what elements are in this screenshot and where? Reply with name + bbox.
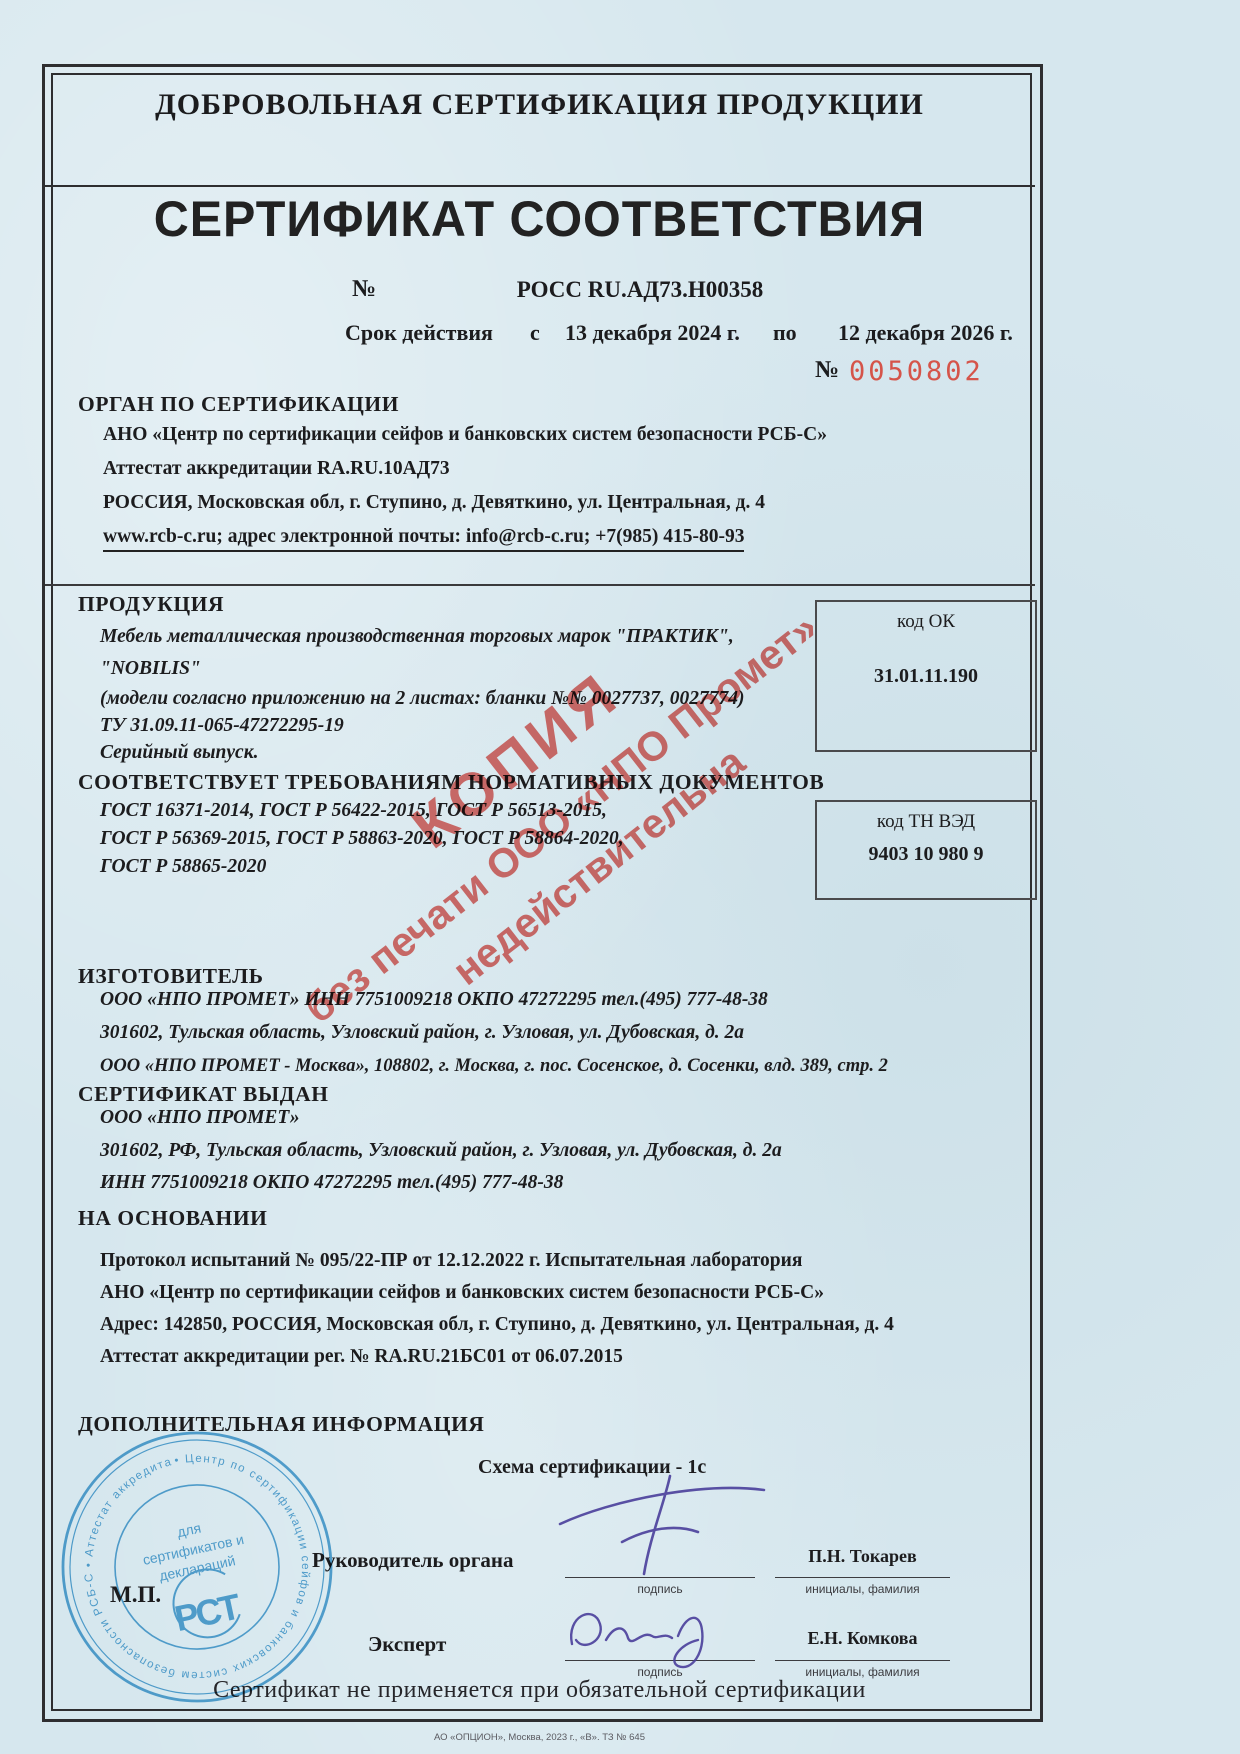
tnved-code-label: код ТН ВЭД xyxy=(817,802,1035,833)
gost-line: ГОСТ Р 56369-2015, ГОСТ Р 58863-2020, ГО… xyxy=(100,828,624,850)
org-section-separator xyxy=(45,584,1035,586)
page-title: СЕРТИФИКАТ СООТВЕТСТВИЯ xyxy=(57,190,1022,248)
head-role-label: Руководитель органа xyxy=(312,1548,514,1573)
org-line: АНО «Центр по сертификации сейфов и банк… xyxy=(103,424,827,446)
org-line: Аттестат аккредитации RA.RU.10АД73 xyxy=(103,458,450,480)
basis-line: Аттестат аккредитации рег. № RA.RU.21БС0… xyxy=(100,1346,623,1368)
cert-number-sign: № xyxy=(352,276,376,303)
certification-stamp: • Центр по сертификации сейфов и банковс… xyxy=(30,1400,364,1734)
expert-name: Е.Н. Комкова xyxy=(775,1628,950,1649)
expert-name-line xyxy=(775,1660,950,1661)
issued-to-line: 301602, РФ, Тульская область, Узловский … xyxy=(100,1140,782,1162)
validity-to-date: 12 декабря 2026 г. xyxy=(838,320,1013,346)
basis-line: АНО «Центр по сертификации сейфов и банк… xyxy=(100,1282,824,1304)
validity-to-label: по xyxy=(773,320,797,346)
product-heading: ПРОДУКЦИЯ xyxy=(78,592,224,617)
issued-to-line: ИНН 7751009218 ОКПО 47272295 тел.(495) 7… xyxy=(100,1172,563,1194)
org-line: РОССИЯ, Московская обл, г. Ступино, д. Д… xyxy=(103,492,765,514)
product-line: Серийный выпуск. xyxy=(100,742,258,764)
stamp-rst-emblem: РСТ xyxy=(171,1585,244,1639)
basis-line: Адрес: 142850, РОССИЯ, Московская обл, г… xyxy=(100,1314,894,1336)
issued-to-line: ООО «НПО ПРОМЕТ» xyxy=(100,1107,300,1129)
manufacturer-line: 301602, Тульская область, Узловский райо… xyxy=(100,1022,744,1044)
blank-number: 0050802 xyxy=(849,356,984,387)
stamp-inner-line1: для xyxy=(176,1520,203,1541)
blank-number-sign: № xyxy=(815,357,839,384)
validity-from-date: 13 декабря 2024 г. xyxy=(565,320,740,346)
org-heading: ОРГАН ПО СЕРТИФИКАЦИИ xyxy=(78,392,399,417)
cert-number: РОСС RU.АД73.Н00358 xyxy=(460,277,820,303)
header-separator xyxy=(45,185,1035,187)
org-contact-line: www.rcb-c.ru; адрес электронной почты: i… xyxy=(103,526,744,552)
print-info: АО «ОПЦИОН», Москва, 2023 г., «В». ТЗ № … xyxy=(42,1732,1037,1743)
basis-heading: НА ОСНОВАНИИ xyxy=(78,1206,267,1231)
issued-to-heading: СЕРТИФИКАТ ВЫДАН xyxy=(78,1082,329,1107)
head-name-line xyxy=(775,1577,950,1578)
ok-code-label: код ОК xyxy=(817,602,1035,633)
basis-line: Протокол испытаний № 095/22-ПР от 12.12.… xyxy=(100,1250,802,1272)
certificate-page: ДОБРОВОЛЬНАЯ СЕРТИФИКАЦИЯ ПРОДУКЦИИ СЕРТ… xyxy=(0,0,1240,1754)
product-line: Мебель металлическая производственная то… xyxy=(100,626,734,648)
compliance-heading: СООТВЕТСТВУЕТ ТРЕБОВАНИЯМ НОРМАТИВНЫХ ДО… xyxy=(78,770,824,795)
ok-code-value: 31.01.11.190 xyxy=(817,665,1035,688)
tnved-code-box: код ТН ВЭД 9403 10 980 9 xyxy=(815,800,1037,900)
manufacturer-line: ООО «НПО ПРОМЕТ» ИНН 7751009218 ОКПО 472… xyxy=(100,989,768,1011)
product-line: ТУ 31.09.11-065-47272295-19 xyxy=(100,715,344,737)
validity-label: Срок действия xyxy=(345,320,493,346)
mp-label: М.П. xyxy=(110,1582,161,1608)
head-name-caption: инициалы, фамилия xyxy=(775,1582,950,1596)
expert-signature xyxy=(560,1592,740,1674)
head-name: П.Н. Токарев xyxy=(775,1546,950,1567)
head-signature-line xyxy=(565,1577,755,1578)
validity-from-label: с xyxy=(530,320,540,346)
product-line: "NOBILIS" xyxy=(100,658,201,680)
document-header: ДОБРОВОЛЬНАЯ СЕРТИФИКАЦИЯ ПРОДУКЦИИ xyxy=(42,88,1037,122)
product-line: (модели согласно приложению на 2 листах:… xyxy=(100,688,744,710)
head-signature xyxy=(552,1462,772,1577)
ok-code-box: код ОК 31.01.11.190 xyxy=(815,600,1037,752)
gost-line: ГОСТ 16371-2014, ГОСТ Р 56422-2015, ГОСТ… xyxy=(100,800,607,822)
expert-role-label: Эксперт xyxy=(368,1632,446,1657)
tnved-code-value: 9403 10 980 9 xyxy=(817,843,1035,866)
manufacturer-line: ООО «НПО ПРОМЕТ - Москва», 108802, г. Мо… xyxy=(100,1056,888,1077)
gost-line: ГОСТ Р 58865-2020 xyxy=(100,856,266,878)
manufacturer-heading: ИЗГОТОВИТЕЛЬ xyxy=(78,964,264,989)
